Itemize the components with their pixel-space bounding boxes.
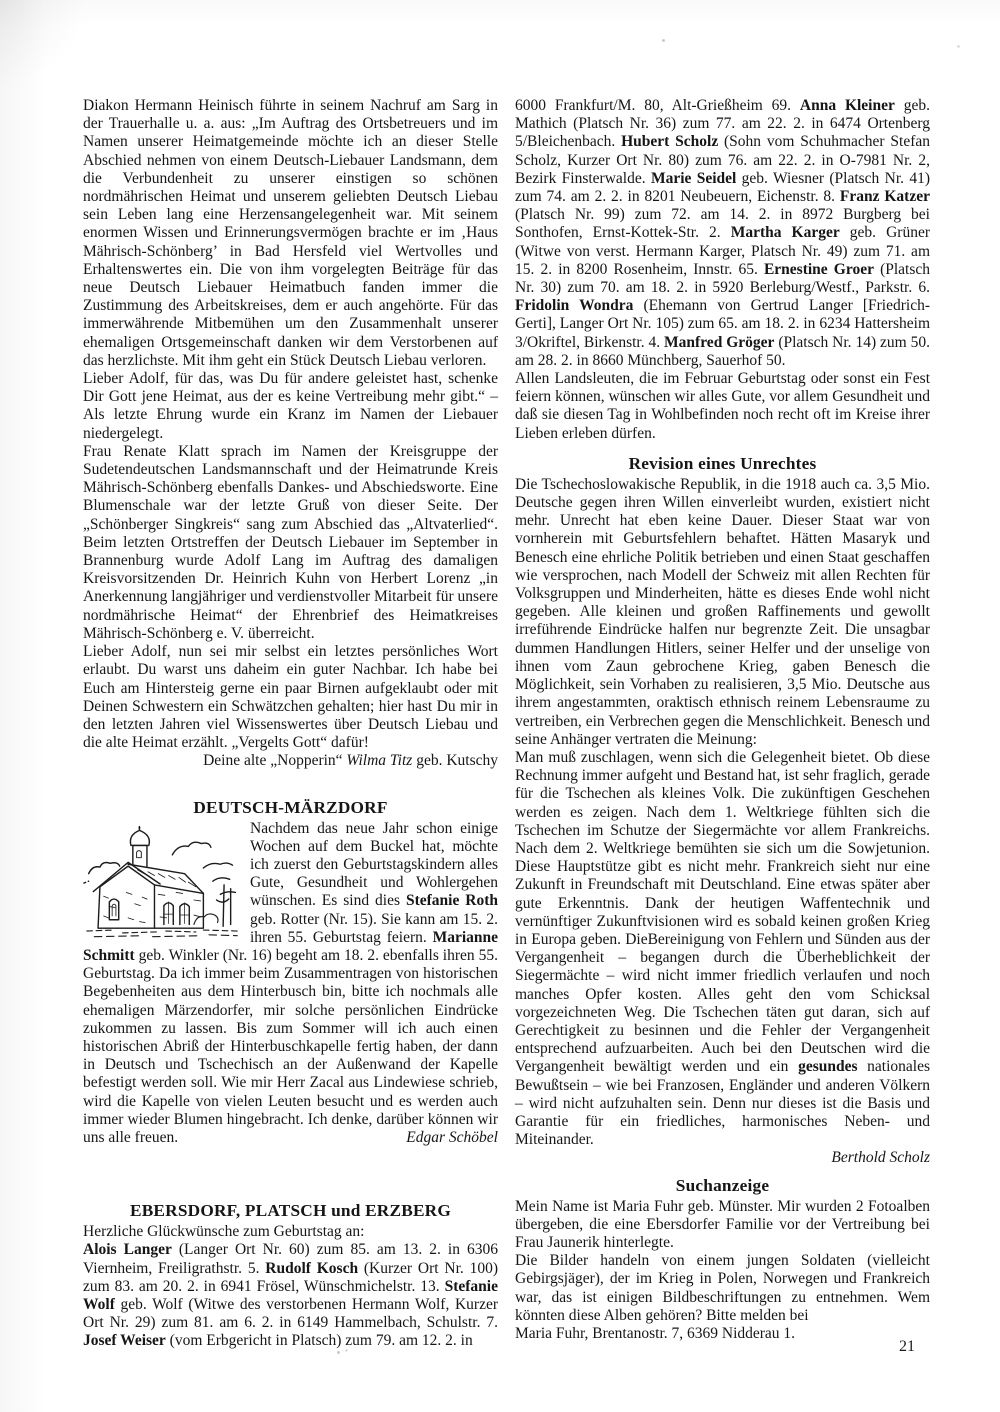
- newsletter-page: Diakon Hermann Heinisch führte in seinem…: [83, 97, 930, 1351]
- two-column-layout: Diakon Hermann Heinisch führte in seinem…: [83, 97, 930, 1351]
- maerzdorf-paragraph: Nachdem das neue Jahr schon einige Woche…: [83, 820, 498, 1148]
- left-column: Diakon Hermann Heinisch führte in seinem…: [83, 97, 498, 1351]
- section-heading-revision: Revision eines Unrechtes: [515, 454, 930, 474]
- scan-specks: [0, 0, 1, 1]
- search-notice-paragraph: Die Bilder handeln von einem jungen Sold…: [515, 1252, 930, 1325]
- section-heading-deutsch-maerzdorf: DEUTSCH-MÄRZDORF: [83, 798, 498, 818]
- birthday-intro: Herzliche Glückwünsche zum Geburtstag an…: [83, 1223, 498, 1241]
- section-heading-ebersdorf-platsch-erzberg: EBERSDORF, PLATSCH und ERZBERG: [83, 1201, 498, 1221]
- birthday-wishes: Allen Landsleuten, die im Februar Geburt…: [515, 370, 930, 443]
- church-sketch-illustration: [83, 823, 241, 945]
- obituary-paragraph: Frau Renate Klatt sprach im Namen der Kr…: [83, 443, 498, 643]
- revision-paragraph: Man muß zuschlagen, wenn sich die Gelege…: [515, 749, 930, 1149]
- revision-paragraph: Die Tschechoslowakische Republik, in die…: [515, 476, 930, 749]
- birthday-list: Alois Langer (Langer Ort Nr. 60) zum 85.…: [83, 1241, 498, 1350]
- obituary-paragraph: Lieber Adolf, nun sei mir selbst ein let…: [83, 643, 498, 752]
- signature-berthold-scholz: Berthold Scholz: [515, 1149, 930, 1167]
- page-number: 21: [899, 1338, 915, 1356]
- obituary-paragraph: Diakon Hermann Heinisch führte in seinem…: [83, 97, 498, 370]
- obituary-paragraph: Lieber Adolf, für das, was Du für andere…: [83, 370, 498, 443]
- search-notice-address: Maria Fuhr, Brentanostr. 7, 6369 Niddera…: [515, 1325, 930, 1343]
- section-heading-suchanzeige: Suchanzeige: [515, 1176, 930, 1196]
- birthday-list-continued: 6000 Frankfurt/M. 80, Alt-Grießheim 69. …: [515, 97, 930, 370]
- signature-wilma-titz: Deine alte „Nopperin“ Wilma Titz geb. Ku…: [83, 752, 498, 770]
- search-notice-paragraph: Mein Name ist Maria Fuhr geb. Münster. M…: [515, 1198, 930, 1253]
- right-column: 6000 Frankfurt/M. 80, Alt-Grießheim 69. …: [515, 97, 930, 1351]
